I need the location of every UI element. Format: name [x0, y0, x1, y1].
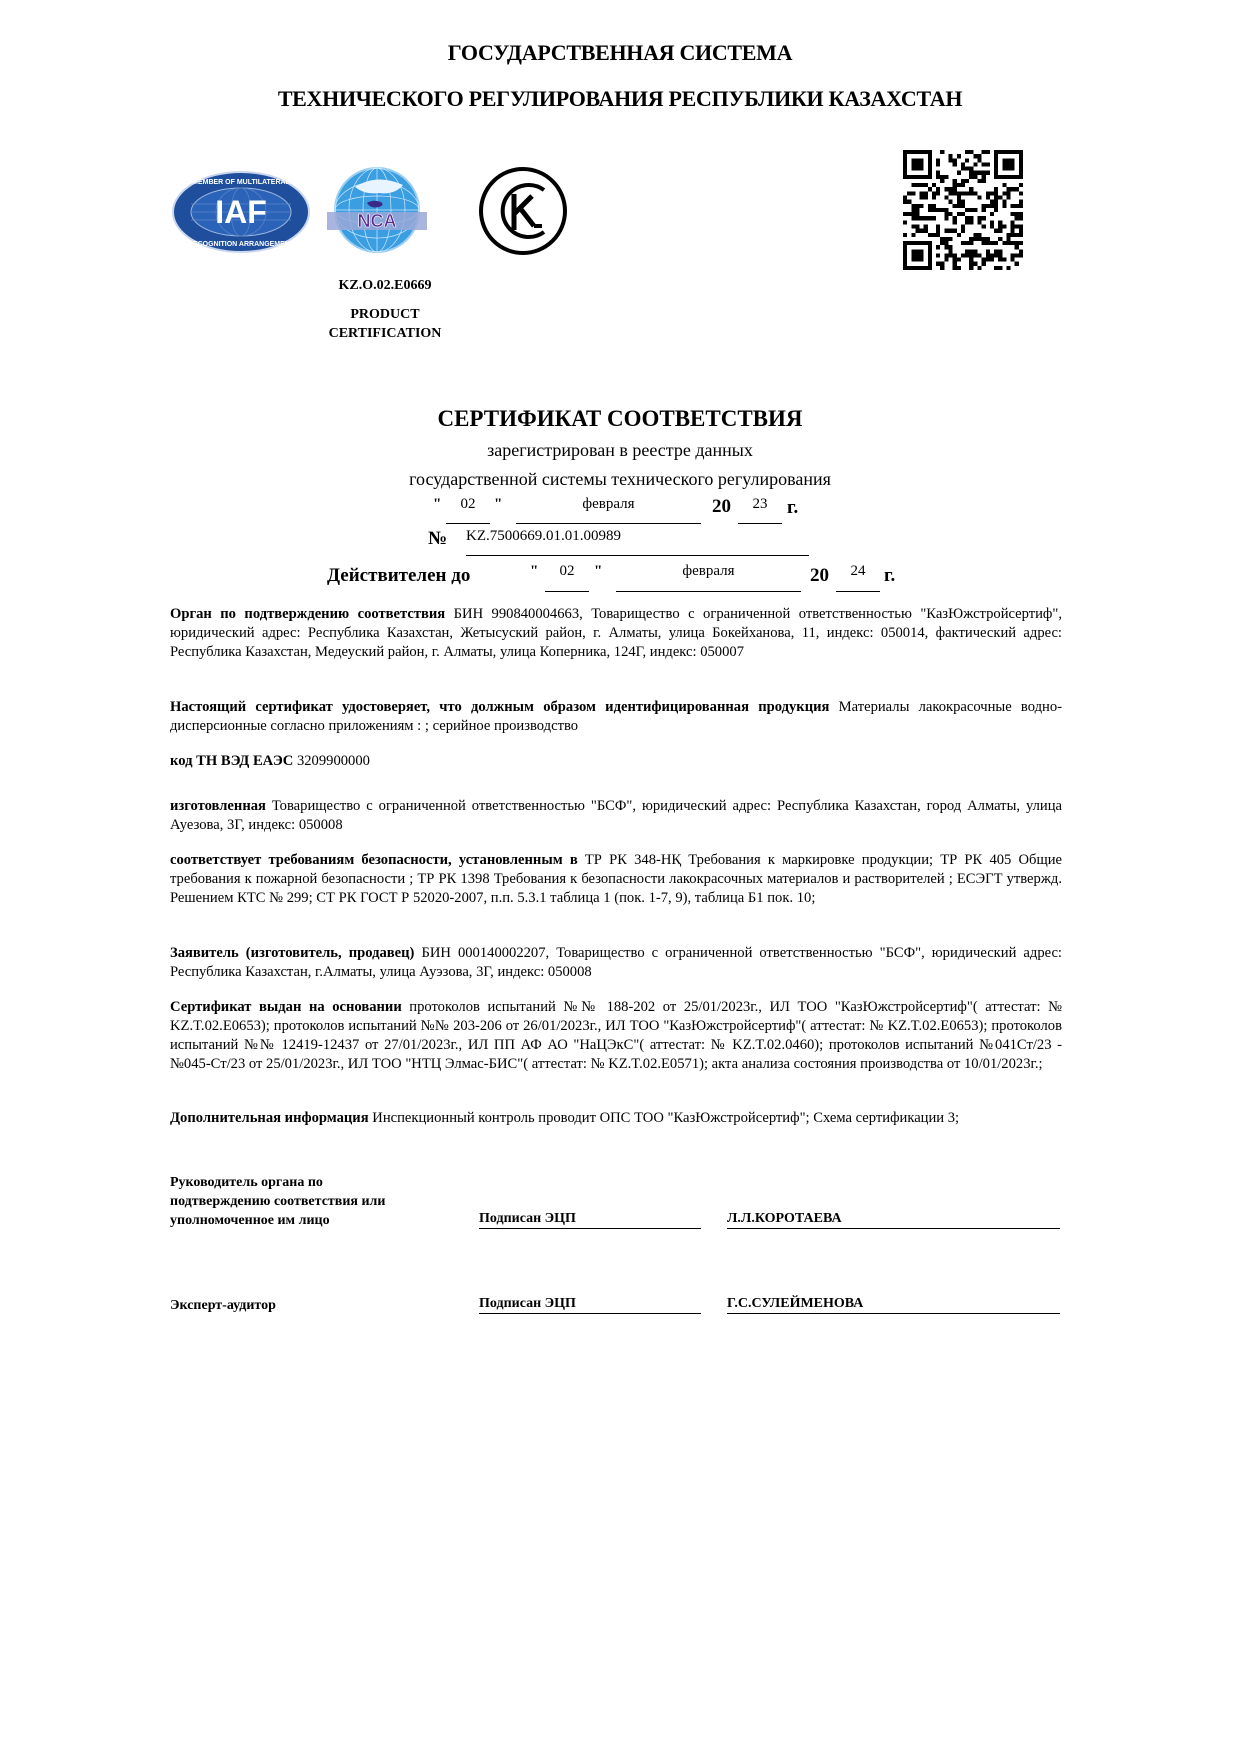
section-text: Инспекционный контроль проводит ОПС ТОО … — [369, 1110, 959, 1126]
header-line-1: ГОСУДАРСТВЕННАЯ СИСТЕМА — [0, 40, 1240, 66]
registration-year-suffix: г. — [787, 497, 798, 519]
signature-role-line: уполномоченное им лицо — [170, 1211, 330, 1230]
section-label: Сертификат выдан на основании — [170, 999, 402, 1015]
signature-status: Подписан ЭЦП — [479, 1211, 701, 1229]
certificate-subtitle-2: государственной системы технического рег… — [0, 469, 1240, 490]
svg-text:IAF: IAF — [215, 194, 267, 230]
quote-close: " — [594, 563, 602, 580]
valid-until-year: 24 — [836, 563, 880, 592]
valid-until-month: февраля — [616, 563, 801, 592]
section-text: 3209900000 — [293, 753, 370, 769]
section-hs-code: код ТН ВЭД ЕАЭС 3209900000 — [170, 752, 1062, 771]
section-basis: Сертификат выдан на основании протоколов… — [170, 998, 1062, 1074]
valid-until-century: 20 — [810, 565, 829, 587]
svg-text:NCA: NCA — [358, 211, 397, 231]
kz-conformity-mark — [478, 166, 568, 256]
section-label: Заявитель (изготовитель, продавец) — [170, 945, 414, 961]
signature-role-line: Эксперт-аудитор — [170, 1296, 276, 1315]
quote-open: " — [530, 563, 538, 580]
valid-until-year-suffix: г. — [884, 565, 895, 587]
section-text: Товарищество с ограниченной ответственно… — [170, 798, 1062, 833]
section-requirements: соответствует требованиям безопасности, … — [170, 851, 1062, 908]
svg-text:RECOGNITION ARRANGEMENT: RECOGNITION ARRANGEMENT — [188, 241, 295, 248]
accreditation-line-1: PRODUCT — [280, 307, 490, 323]
svg-text:MEMBER OF MULTILATERAL: MEMBER OF MULTILATERAL — [192, 179, 290, 186]
header-line-2: ТЕХНИЧЕСКОГО РЕГУЛИРОВАНИЯ РЕСПУБЛИКИ КА… — [0, 86, 1240, 112]
signature-role-line: подтверждению соответствия или — [170, 1192, 385, 1211]
certificate-subtitle-1: зарегистрирован в реестре данных — [0, 440, 1240, 461]
registration-month: февраля — [516, 496, 701, 524]
accreditation-code: KZ.O.02.E0669 — [280, 278, 490, 294]
signatory-name: Г.С.СУЛЕЙМЕНОВА — [727, 1296, 1060, 1314]
section-label: соответствует требованиям безопасности, … — [170, 852, 578, 868]
registration-day: 02 — [446, 496, 490, 524]
certificate-title: СЕРТИФИКАТ СООТВЕТСТВИЯ — [0, 406, 1240, 432]
registration-century: 20 — [712, 496, 731, 518]
section-label: Дополнительная информация — [170, 1110, 369, 1126]
registration-year: 23 — [738, 496, 782, 524]
quote-open: " — [433, 496, 441, 513]
section-label: изготовленная — [170, 798, 266, 814]
certificate-number: KZ.7500669.01.01.00989 — [466, 528, 809, 556]
valid-until-label: Действителен до — [327, 565, 470, 587]
section-additional-info: Дополнительная информация Инспекционный … — [170, 1109, 1062, 1128]
section-manufacturer: изготовленная Товарищество с ограниченно… — [170, 797, 1062, 835]
quote-close: " — [494, 496, 502, 513]
qr-code[interactable] — [903, 150, 1023, 270]
accreditation-line-2: CERTIFICATION — [280, 326, 490, 342]
section-label: Настоящий сертификат удостоверяет, что д… — [170, 699, 829, 715]
number-label: № — [428, 528, 447, 550]
section-product: Настоящий сертификат удостоверяет, что д… — [170, 698, 1062, 736]
section-applicant: Заявитель (изготовитель, продавец) БИН 0… — [170, 944, 1062, 982]
nca-logo: NCA — [325, 165, 430, 255]
signature-status: Подписан ЭЦП — [479, 1296, 701, 1314]
section-label: код ТН ВЭД ЕАЭС — [170, 753, 293, 769]
section-certification-body: Орган по подтверждению соответствия БИН … — [170, 605, 1062, 662]
signature-role-line: Руководитель органа по — [170, 1173, 323, 1192]
section-label: Орган по подтверждению соответствия — [170, 606, 445, 622]
valid-until-day: 02 — [545, 563, 589, 592]
signatory-name: Л.Л.КОРОТАЕВА — [727, 1211, 1060, 1229]
iaf-logo: IAF MEMBER OF MULTILATERAL RECOGNITION A… — [171, 170, 311, 254]
